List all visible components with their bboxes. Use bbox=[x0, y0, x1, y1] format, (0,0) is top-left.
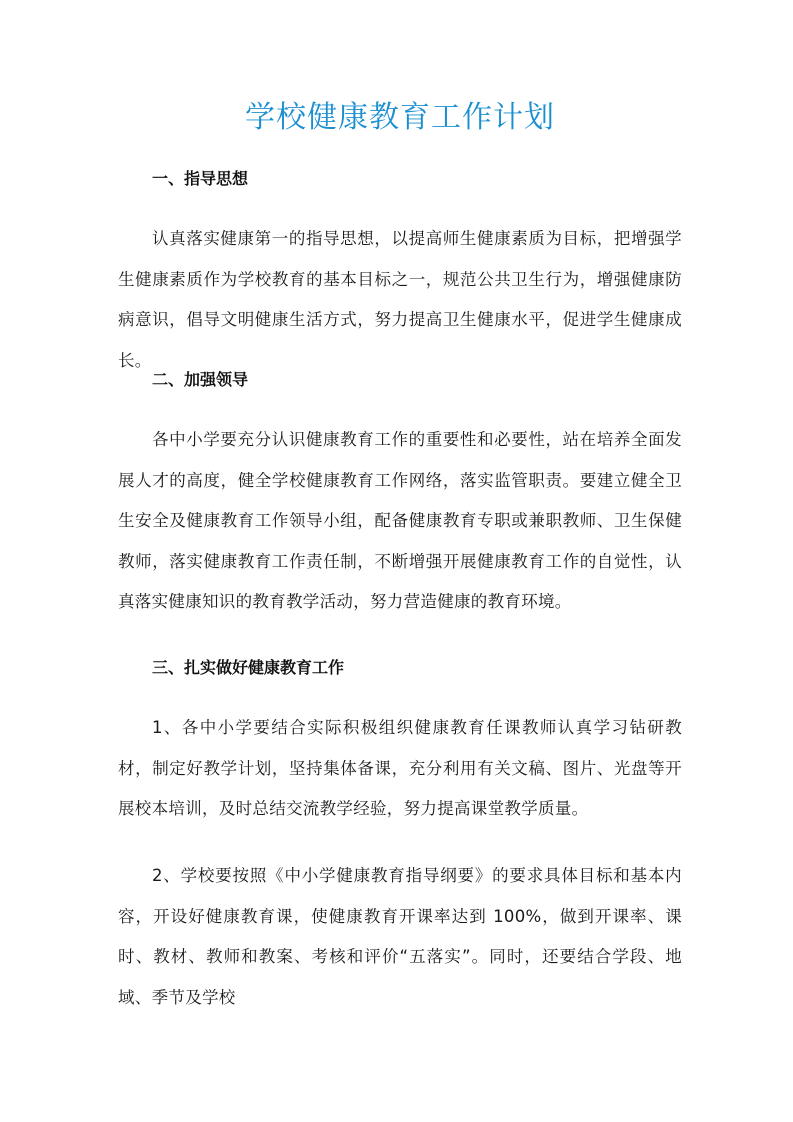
paragraph-strengthen-leadership: 各中小学要充分认识健康教育工作的重要性和必要性，站在培养全面发展人才的高度，健全… bbox=[118, 420, 682, 623]
section-heading-guiding-ideology: 一、指导思想 bbox=[152, 167, 248, 191]
paragraph-item-2: 2、学校要按照《中小学健康教育指导纲要》的要求具体目标和基本内容，开设好健康教育… bbox=[118, 856, 682, 1018]
document-title: 学校健康教育工作计划 bbox=[118, 98, 682, 138]
section-heading-health-education-work: 三、扎实做好健康教育工作 bbox=[152, 656, 344, 680]
section-heading-strengthen-leadership: 二、加强领导 bbox=[152, 368, 248, 392]
paragraph-item-1: 1、各中小学要结合实际积极组织健康教育任课教师认真学习钻研教材，制定好教学计划，… bbox=[118, 708, 682, 830]
paragraph-guiding-ideology: 认真落实健康第一的指导思想，以提高师生健康素质为目标，把增强学生健康素质作为学校… bbox=[118, 219, 682, 381]
